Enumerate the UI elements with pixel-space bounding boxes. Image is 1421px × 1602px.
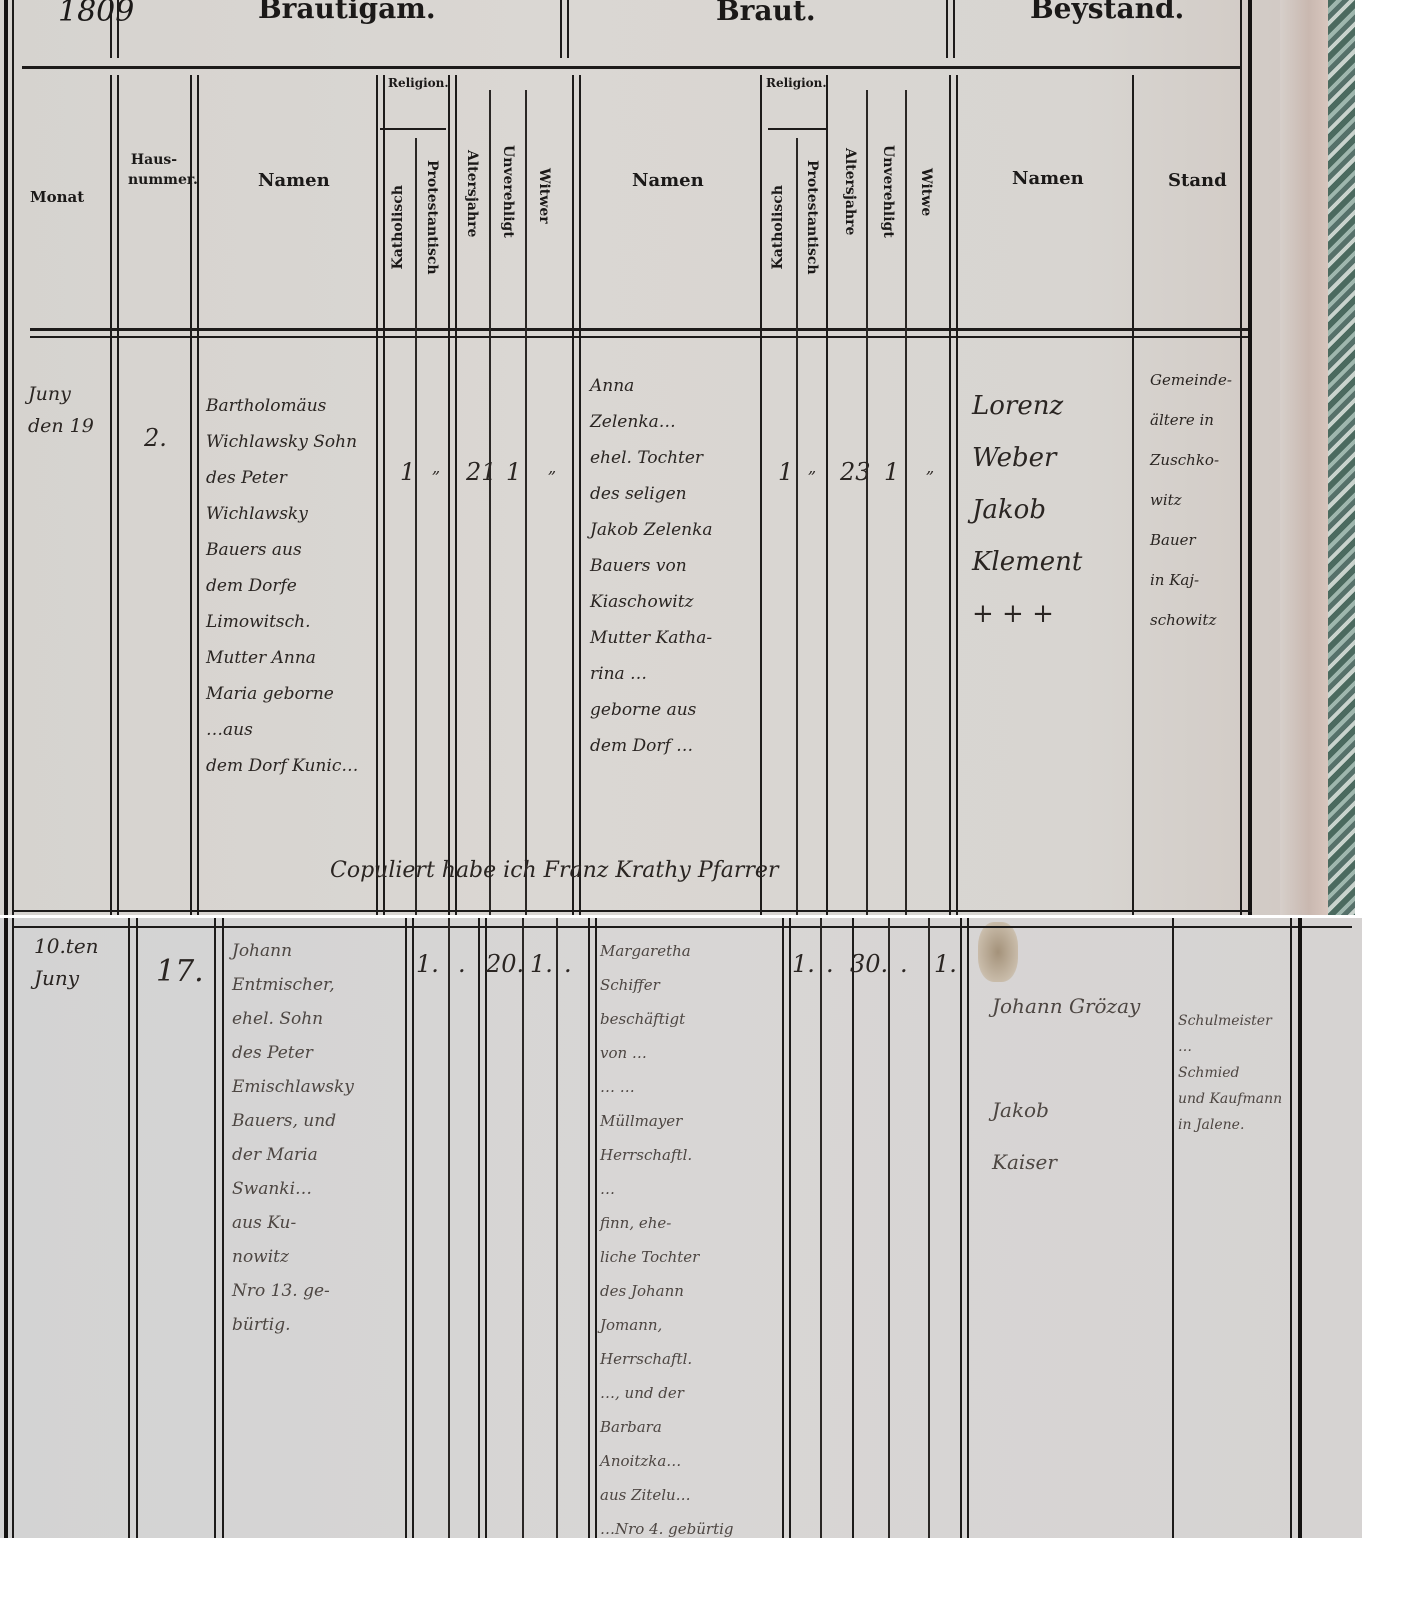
register-page-scan-bottom: 10.ten Juny 17. Johann Entmischer, ehel.… xyxy=(0,918,1362,1538)
rule xyxy=(820,918,822,1538)
col-bride-age: Altersjahre xyxy=(842,148,858,235)
rule xyxy=(888,918,890,1538)
rule xyxy=(415,138,417,915)
entry-1-groom-unmarried: 1 xyxy=(506,458,521,486)
rule xyxy=(789,918,791,1538)
header-rule-bottom-1 xyxy=(30,328,1250,331)
rule xyxy=(448,75,450,915)
entry-1-bottom-rule xyxy=(12,910,1252,912)
entry-2-top-rule xyxy=(12,926,1352,928)
col-house-number: Haus-nummer. xyxy=(128,150,180,190)
col-groom-widower: Witwer xyxy=(536,168,552,224)
section-bride-title: Braut. xyxy=(716,0,816,27)
rule xyxy=(572,75,574,915)
entry-2-month: 10.ten Juny xyxy=(34,930,99,994)
col-bride-unmarried: Unverehligt xyxy=(880,145,896,238)
entry-2-witness-status: Schulmeister … Schmied und Kaufmann in J… xyxy=(1178,1008,1282,1138)
rule xyxy=(567,0,569,58)
rule xyxy=(485,918,487,1538)
ink-stain xyxy=(978,922,1018,982)
col-groom-unmarried: Unverehligt xyxy=(500,145,516,238)
entry-1-month: Juny den 19 xyxy=(28,378,94,442)
left-border xyxy=(4,0,8,915)
col-bride-name: Namen xyxy=(632,170,704,191)
rule xyxy=(760,75,762,915)
rule xyxy=(852,918,854,1538)
rule xyxy=(1290,918,1292,1538)
col-groom-age: Altersjahre xyxy=(464,150,480,237)
entry-2-witness-names: Johann Grözay Jakob Kaiser xyxy=(992,980,1140,1188)
rule xyxy=(110,75,112,915)
entry-2-groom-widower: . xyxy=(564,950,572,978)
page-edge xyxy=(1280,0,1328,915)
entry-2-bride-widow: 1. xyxy=(934,950,957,978)
entry-1-witness-status: Gemeinde- ältere in Zuschko- witz Bauer … xyxy=(1150,360,1232,640)
rule xyxy=(489,90,491,915)
rule xyxy=(405,918,407,1538)
rule xyxy=(197,75,199,915)
rule xyxy=(949,75,951,915)
entry-2-bride-protestant: . xyxy=(826,950,834,978)
entry-1-bride-age: 23 xyxy=(840,458,871,486)
col-groom-catholic: Katholisch xyxy=(390,185,406,269)
left-border-inner xyxy=(12,0,14,915)
register-year: 1809 xyxy=(58,0,134,29)
entry-2-bride-age: 30. xyxy=(850,950,888,978)
rule xyxy=(956,75,958,915)
col-groom-name: Namen xyxy=(258,170,330,191)
header-rule-bottom-2 xyxy=(30,336,1250,338)
left-border xyxy=(4,918,8,1538)
bride-religion-rule xyxy=(768,128,826,130)
entry-1-witness-names: Lorenz Weber Jakob Klement + + + xyxy=(972,380,1082,640)
rule xyxy=(928,918,930,1538)
rule xyxy=(136,918,138,1538)
col-witness-status: Stand xyxy=(1168,170,1227,191)
entry-1-groom-age: 21 xyxy=(466,458,497,486)
entry-1-groom-protestant: „ xyxy=(432,458,440,477)
rule xyxy=(117,0,119,58)
entry-2-groom-catholic: 1. xyxy=(416,950,439,978)
entry-1-groom-catholic: 1 xyxy=(400,458,415,486)
entry-1-bride-widow: „ xyxy=(926,458,934,477)
entry-1-bride-name: Anna Zelenka… ehel. Tochter des seligen … xyxy=(590,368,758,764)
entry-1-bride-protestant: „ xyxy=(808,458,816,477)
rule xyxy=(478,918,480,1538)
register-page-scan-top: 1809 Bräutigam. Braut. Beystand. Monat H… xyxy=(0,0,1355,915)
rule xyxy=(110,0,112,58)
rule xyxy=(1240,0,1242,915)
col-groom-protestant: Protestantisch xyxy=(424,160,440,275)
entry-1-bride-unmarried: 1 xyxy=(884,458,899,486)
entry-1-officiant-signature: Copuliert habe ich Franz Krathy Pfarrer xyxy=(330,856,778,886)
col-bride-catholic: Katholisch xyxy=(770,185,786,269)
rule xyxy=(525,90,527,915)
rule xyxy=(190,75,192,915)
rule xyxy=(1172,918,1174,1538)
rule xyxy=(826,75,828,915)
rule xyxy=(12,918,14,1538)
entry-1-bride-catholic: 1 xyxy=(778,458,793,486)
entry-2-groom-name: Johann Entmischer, ehel. Sohn des Peter … xyxy=(232,934,404,1342)
rule xyxy=(412,918,414,1538)
rule xyxy=(128,918,130,1538)
col-witness-name: Namen xyxy=(1012,168,1084,189)
entry-1-groom-name: Bartholomäus Wichlawsky Sohn des Peter W… xyxy=(206,388,384,784)
entry-2-house-number: 17. xyxy=(156,954,204,989)
rule xyxy=(522,918,524,1538)
rule xyxy=(588,918,590,1538)
col-bride-widow: Witwe xyxy=(918,168,934,216)
rule xyxy=(560,0,562,58)
entry-2-bride-catholic: 1. xyxy=(792,950,815,978)
entry-2-groom-protestant: . xyxy=(458,950,466,978)
rule xyxy=(595,918,597,1538)
entry-2-bride-unmarried: . xyxy=(900,950,908,978)
rule xyxy=(967,918,969,1538)
rule xyxy=(960,918,962,1538)
rule xyxy=(782,918,784,1538)
entry-1-house-number: 2. xyxy=(144,424,167,452)
rule xyxy=(796,138,798,915)
rule xyxy=(448,918,450,1538)
rule xyxy=(455,75,457,915)
rule xyxy=(222,918,224,1538)
col-groom-religion: Religion. xyxy=(388,74,444,92)
col-bride-protestant: Protestantisch xyxy=(804,160,820,275)
section-groom-title: Bräutigam. xyxy=(258,0,436,25)
rule xyxy=(579,75,581,915)
groom-religion-rule xyxy=(380,128,446,130)
right-border xyxy=(1298,918,1302,1538)
rule xyxy=(117,75,119,915)
rule xyxy=(214,918,216,1538)
entry-2-groom-unmarried: 1. xyxy=(530,950,553,978)
rule xyxy=(905,90,907,915)
section-witnesses-title: Beystand. xyxy=(1030,0,1184,25)
rule xyxy=(1132,75,1134,915)
right-border xyxy=(1248,0,1252,915)
rule xyxy=(556,918,558,1538)
entry-1-groom-widower: „ xyxy=(548,458,556,477)
entry-2-bride-name: Margaretha Schiffer beschäftigt von … … … xyxy=(600,934,782,1538)
rule xyxy=(953,0,955,58)
rule xyxy=(866,90,868,915)
book-binding-edge xyxy=(1328,0,1355,915)
entry-2-groom-age: 20. xyxy=(486,950,524,978)
col-month: Monat xyxy=(30,188,84,206)
rule xyxy=(946,0,948,58)
header-rule-top xyxy=(22,66,1242,69)
col-bride-religion: Religion. xyxy=(766,74,822,92)
